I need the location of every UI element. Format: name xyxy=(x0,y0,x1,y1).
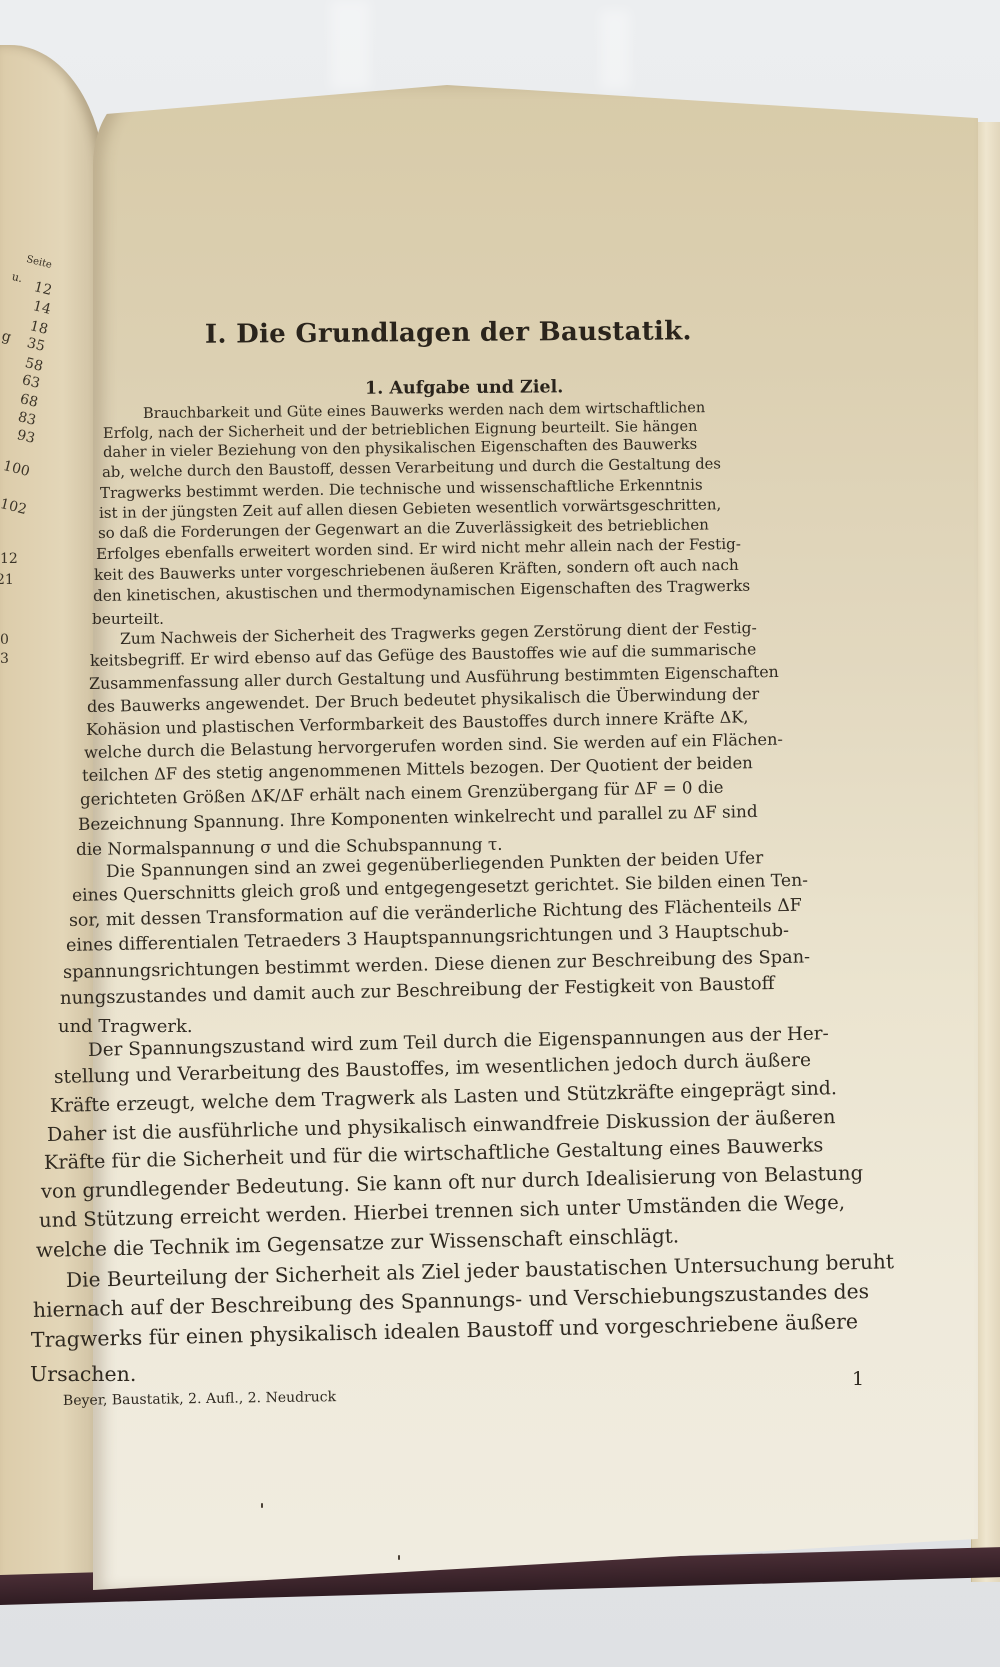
toc-entry: 68 xyxy=(19,392,40,410)
section-title: 1. Aufgabe und Ziel. xyxy=(365,377,563,398)
chapter-title: I. Die Grundlagen der Baustatik. xyxy=(205,316,692,349)
toc-entry: 3 xyxy=(0,652,9,666)
cloth-fold xyxy=(600,10,630,90)
toc-entry: 12 xyxy=(33,280,54,298)
paper-speck xyxy=(261,1503,263,1508)
toc-entry: 21 xyxy=(0,573,14,587)
toc-entry: 12 xyxy=(0,552,18,566)
text-line: und Tragwerk. xyxy=(58,1016,193,1037)
text-line: beurteilt. xyxy=(92,610,164,628)
paper-speck xyxy=(398,1555,400,1560)
toc-entry: 63 xyxy=(21,373,42,391)
toc-entry: 0 xyxy=(0,633,9,647)
toc-entry: 58 xyxy=(24,356,45,374)
text-line: Ursachen. xyxy=(30,1362,136,1386)
toc-entry: 83 xyxy=(17,410,38,428)
toc-entry: 18 xyxy=(29,319,50,337)
toc-entry: 14 xyxy=(32,299,53,317)
cloth-fold xyxy=(330,0,370,90)
toc-entry: 93 xyxy=(16,428,37,446)
page-number: 1 xyxy=(852,1368,864,1390)
toc-entry: 35 xyxy=(26,336,47,354)
